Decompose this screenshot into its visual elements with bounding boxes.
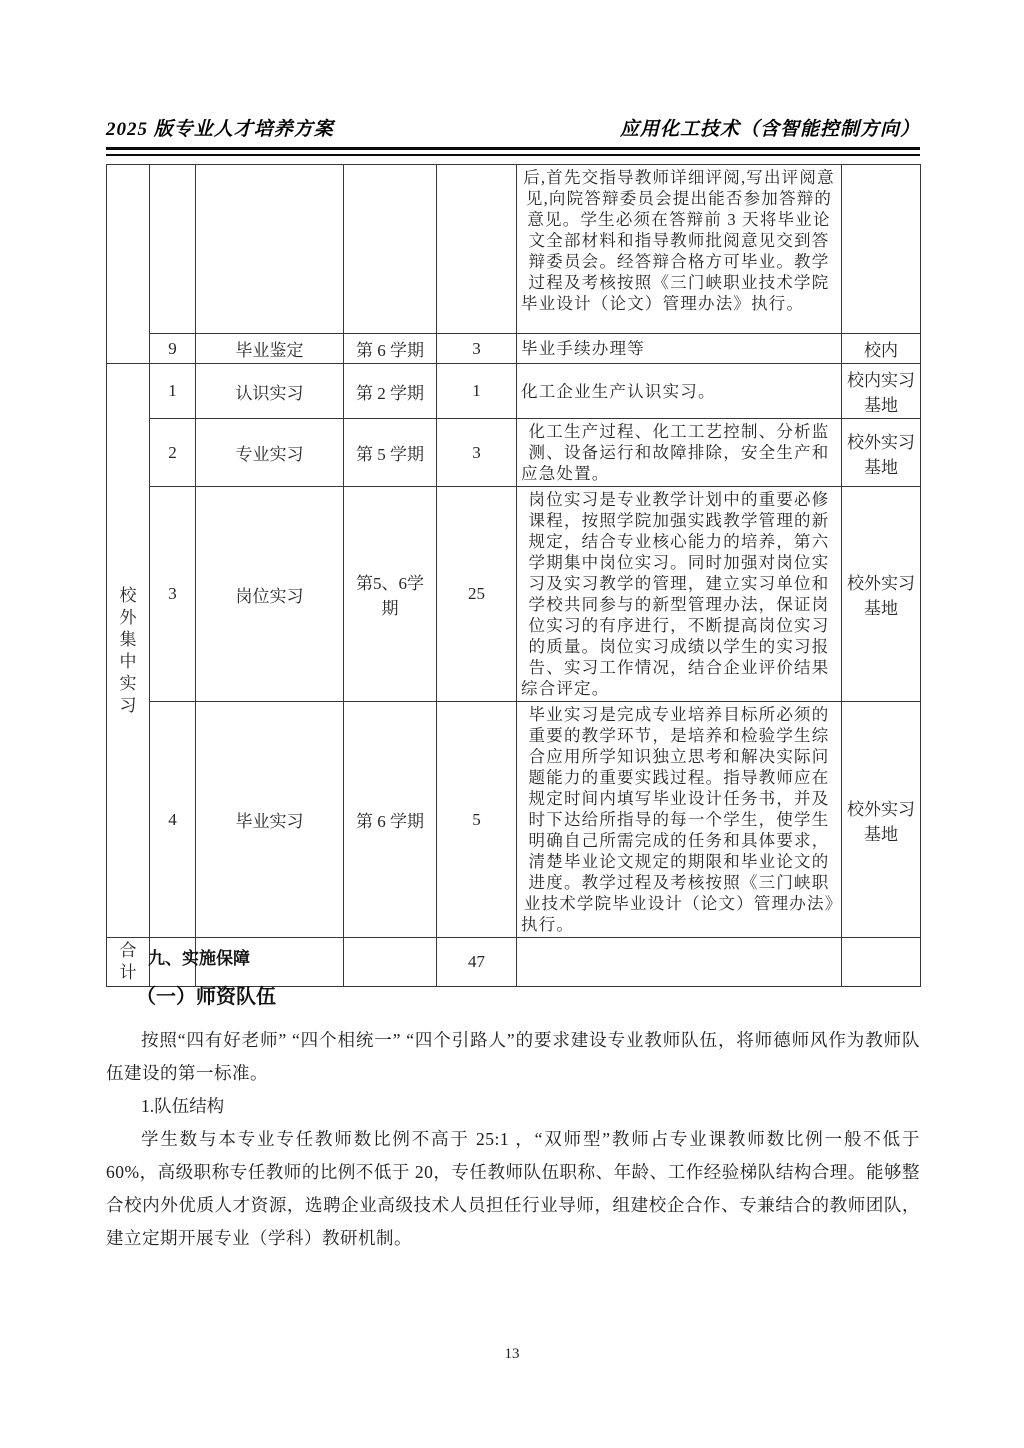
body-content: 九、实施保障 （一）师资队伍 按照“四有好老师” “四个相统一” “四个引路人”…	[106, 944, 920, 1255]
cell-name: 专业实习	[196, 419, 344, 487]
cell-semester: 第5、6学期	[344, 487, 437, 702]
page-number: 13	[0, 1346, 1024, 1363]
table-row-1: 校外集中实习 1 认识实习 第 2 学期 1 化工企业生产认识实习。 校内实习基…	[107, 364, 921, 419]
table-row-continuation: 后,首先交指导教师详细评阅,写出评阅意见,向院答辩委员会提出能否参加答辩的意见。…	[107, 165, 921, 334]
cell-location	[842, 165, 921, 334]
page-header: 2025 版专业人才培养方案 应用化工技术（含智能控制方向）	[106, 114, 920, 141]
table-row-3: 3 岗位实习 第5、6学期 25 岗位实习是专业教学计划中的重要必修课程，按照学…	[107, 487, 921, 702]
cell-no: 3	[150, 487, 196, 702]
cell-semester: 第 6 学期	[344, 702, 437, 938]
document-page: 2025 版专业人才培养方案 应用化工技术（含智能控制方向） 后,首先交指导教师…	[0, 0, 1024, 1448]
subsection-heading: （一）师资队伍	[136, 982, 920, 1012]
cell-semester: 第 2 学期	[344, 364, 437, 419]
header-left-title: 2025 版专业人才培养方案	[106, 114, 334, 141]
paragraph-teacher-standard: 按照“四有好老师” “四个相统一” “四个引路人”的要求建设专业教师队伍，将师德…	[106, 1024, 920, 1090]
cell-credits: 3	[437, 334, 517, 364]
category-label: 校外集中实习	[119, 585, 137, 717]
cell-location: 校内	[842, 334, 921, 364]
section-heading: 九、实施保障	[148, 944, 920, 974]
cell-no: 9	[150, 334, 196, 364]
table-row-2: 2 专业实习 第 5 学期 3 化工生产过程、化工工艺控制、分析监测、设备运行和…	[107, 419, 921, 487]
list-item-structure: 1.队伍结构	[106, 1090, 920, 1123]
header-right-title: 应用化工技术（含智能控制方向）	[620, 114, 920, 141]
internship-table: 后,首先交指导教师详细评阅,写出评阅意见,向院答辩委员会提出能否参加答辩的意见。…	[106, 164, 921, 987]
cell-name: 毕业实习	[196, 702, 344, 938]
cell-credits: 3	[437, 419, 517, 487]
cell-no	[150, 165, 196, 334]
cell-description: 岗位实习是专业教学计划中的重要必修课程，按照学院加强实践教学管理的新规定，结合专…	[517, 487, 842, 702]
cell-semester: 第 5 学期	[344, 419, 437, 487]
table-row-9: 9 毕业鉴定 第 6 学期 3 毕业手续办理等 校内	[107, 334, 921, 364]
cell-no: 4	[150, 702, 196, 938]
category-cell-offcampus: 校外集中实习	[107, 364, 150, 938]
cell-name	[196, 165, 344, 334]
cell-name: 毕业鉴定	[196, 334, 344, 364]
category-cell-empty	[107, 165, 150, 364]
table-row-4: 4 毕业实习 第 6 学期 5 毕业实习是完成专业培养目标所必须的重要的教学环节…	[107, 702, 921, 938]
cell-description: 化工生产过程、化工工艺控制、分析监测、设备运行和故障排除，安全生产和应急处置。	[517, 419, 842, 487]
cell-no: 1	[150, 364, 196, 419]
cell-description: 毕业实习是完成专业培养目标所必须的重要的教学环节，是培养和检验学生综合应用所学知…	[517, 702, 842, 938]
cell-credits: 25	[437, 487, 517, 702]
cell-location: 校内实习基地	[842, 364, 921, 419]
cell-no: 2	[150, 419, 196, 487]
cell-location: 校外实习基地	[842, 419, 921, 487]
cell-credits: 1	[437, 364, 517, 419]
cell-description: 毕业手续办理等	[517, 334, 842, 364]
header-divider	[106, 147, 920, 156]
cell-description: 化工企业生产认识实习。	[517, 364, 842, 419]
cell-semester: 第 6 学期	[344, 334, 437, 364]
paragraph-team-structure: 学生数与本专业专任教师数比例不高于 25:1 ，“双师型”教师占专业课教师数比例…	[106, 1123, 920, 1255]
cell-location: 校外实习基地	[842, 702, 921, 938]
cell-semester	[344, 165, 437, 334]
cell-location: 校外实习基地	[842, 487, 921, 702]
cell-credits: 5	[437, 702, 517, 938]
cell-name: 认识实习	[196, 364, 344, 419]
cell-credits	[437, 165, 517, 334]
cell-description: 后,首先交指导教师详细评阅,写出评阅意见,向院答辩委员会提出能否参加答辩的意见。…	[517, 165, 842, 334]
cell-name: 岗位实习	[196, 487, 344, 702]
